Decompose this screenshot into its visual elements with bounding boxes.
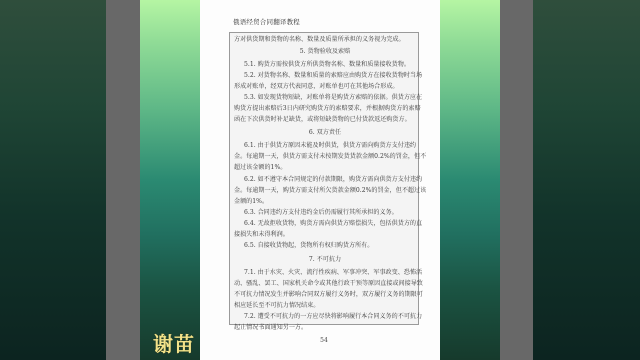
text-line: 6.3. 合同违约方支付违约金后仍需履行其所承担的义务。 — [244, 209, 398, 216]
text-line: 金。每逾期一天，供货方需支付未按期发货货款金额0.2%的罚金，但不 — [234, 153, 426, 160]
text-line: 方对供货期和货物的名称、数量及质量所承担的义务视为完成。 — [234, 36, 405, 43]
right-green-gradient-strip — [440, 0, 500, 360]
text-line: 7.2. 遭受不可抗力的一方应尽快将影响履行本合同义务的不可抗力 — [244, 313, 422, 320]
contract-text-box: 方对供货期和货物的名称、数量及质量所承担的义务视为完成。 5. 货物验收及索赔 … — [229, 32, 419, 325]
page-number: 54 — [318, 337, 330, 344]
background-right-panel — [533, 0, 640, 360]
text-line: 购货方提出索赔后3日内研究购货方的索赔要求，并根据购货方的索赔 — [234, 105, 421, 112]
text-line: 6.5. 自接收货物起，货物所有权归购货方所有。 — [244, 242, 373, 249]
watermark-text: 谢苗 — [153, 333, 195, 355]
text-line: 5.2. 对货物名称、数量和质量的索赔应由购货方在接收货物时当场 — [244, 72, 422, 79]
left-gray-bar — [106, 0, 140, 360]
text-line: 6.4. 无故拒收货物，购货方需向供货方赔偿损失，包括供货方的直 — [244, 220, 422, 227]
left-green-gradient-strip — [140, 0, 200, 360]
section-heading: 5. 货物验收及索赔 — [230, 48, 420, 55]
text-line: 6.1. 由于供货方原因未能及时供货，供货方需向购货方支付违约 — [244, 142, 416, 149]
section-heading: 6. 双方责任 — [230, 129, 420, 136]
background-left-panel — [0, 0, 106, 360]
text-line: 超过该金额的1%。 — [234, 164, 286, 171]
text-line: 起止情况书面通知另一方。 — [234, 324, 307, 331]
text-line: 相应延长至不可抗力情况结束。 — [234, 302, 319, 309]
text-line: 动、骚乱、罢工、国家机关命令或其他行政干预等原因直接或间接导致 — [234, 280, 423, 287]
text-line: 函在下次供货时补足缺货，或将短缺货物的已付货款返还购货方。 — [234, 116, 411, 123]
text-line: 形成对账单，经双方代表同意，对账单也可在其他场合形成。 — [234, 83, 399, 90]
text-line: 6.2. 如不遵守本合同规定的付款期限，购货方需向供货方支付违约 — [244, 176, 422, 183]
book-title: 俄语经贸合同翻译教程 — [233, 17, 300, 26]
text-line: 7.1. 由于水灾、火灾、流行性疾病、军事冲突、军事政变、恐怖活 — [244, 269, 422, 276]
text-line: 5.1. 购货方需按供货方所供货物名称、数量和质量接收货物。 — [244, 61, 410, 68]
right-gray-bar — [500, 0, 533, 360]
text-line: 金。每逾期一天，购货方需支付所欠货款金额0.2%的罚金，但不超过该 — [234, 187, 426, 194]
text-line: 接损失和未得利润。 — [234, 231, 289, 238]
text-line: 金额的1%。 — [234, 198, 268, 205]
section-heading: 7. 不可抗力 — [230, 256, 420, 263]
text-line: 不可抗力情况发生并影响合同双方履行义务时，双方履行义务的期限可 — [234, 291, 423, 298]
text-line: 5.3. 如发现货物短缺，对账单将是购货方索赔的依据。供货方应在 — [244, 94, 422, 101]
